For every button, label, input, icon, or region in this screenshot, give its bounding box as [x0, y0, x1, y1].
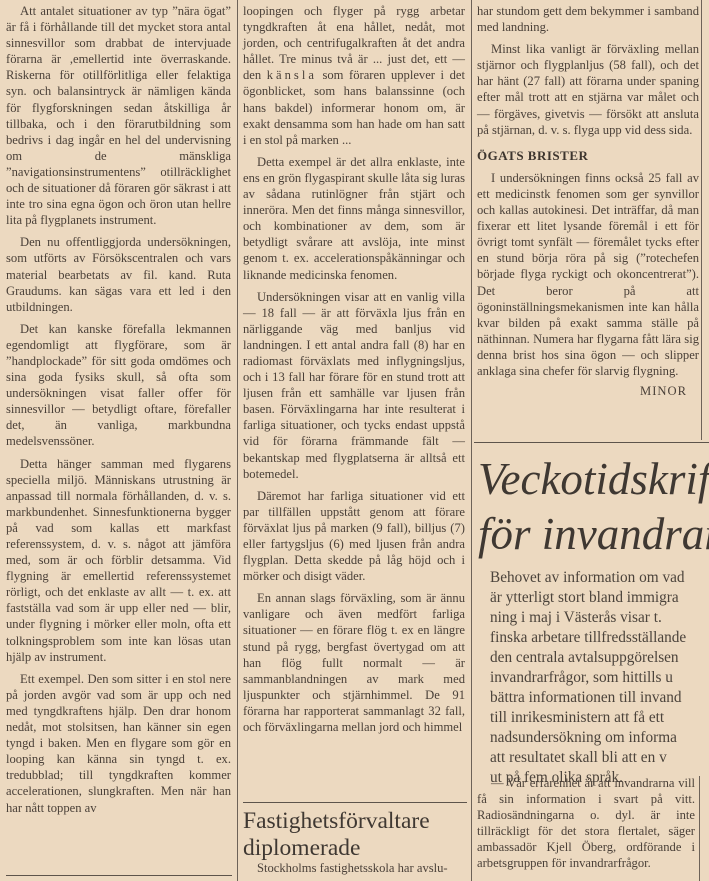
article-column-2: loopingen och flyger på rygg arbetar tyn… [243, 3, 465, 741]
byline-signature: MINOR [477, 383, 699, 399]
paragraph: En annan slags förväxling, som är ännu v… [243, 590, 465, 735]
paragraph: I undersökningen finns också 25 fall av … [477, 170, 699, 379]
column-divider-2 [471, 0, 472, 881]
newspaper-page: Att antalet situationer av typ ”nära öga… [0, 0, 709, 881]
paragraph: Att antalet situationer av typ ”nära öga… [6, 3, 231, 228]
column-2-article-separator [243, 802, 467, 803]
column-divider-4 [699, 776, 700, 881]
fastighet-headline: Fastighetsförvaltare diplomerade [243, 808, 473, 862]
veckotidskrift-headline: Veckotidskrift för invandrar [478, 452, 709, 562]
emphasis-spaced: känsla [267, 68, 317, 82]
paragraph: — Vår erfarenhet är att invandrarna vill… [477, 776, 695, 871]
paragraph: Det kan kanske förefalla lekmannen egend… [6, 321, 231, 450]
fastighet-body: Stockholms fastighetsskola har avslu- [243, 860, 465, 876]
paragraph: Stockholms fastighetsskola har avslu- [243, 860, 465, 876]
paragraph: Den nu offentliggjorda undersökningen, s… [6, 234, 231, 314]
paragraph: Ett exempel. Den som sitter i en stol ne… [6, 671, 231, 816]
paragraph: Minst lika vanligt är förväxling mellan … [477, 41, 699, 138]
veckotidskrift-lede: Behovet av information om vad är ytterli… [490, 568, 709, 788]
column-1-bottom-rule [6, 875, 232, 876]
column-divider-3 [701, 0, 702, 440]
paragraph-continued: har stundom gett dem bekymmer i samband … [477, 3, 699, 35]
paragraph: Undersökningen visar att en vanlig villa… [243, 289, 465, 482]
paragraph-continued: loopingen och flyger på rygg arbetar tyn… [243, 3, 465, 148]
article-separator-rule [474, 442, 709, 443]
article-column-1: Att antalet situationer av typ ”nära öga… [6, 3, 231, 822]
subheading: ÖGATS BRISTER [477, 148, 699, 164]
article-column-3: har stundom gett dem bekymmer i samband … [477, 3, 699, 399]
paragraph: Detta exempel är det allra enklaste, int… [243, 154, 465, 283]
veckotidskrift-body: — Vår erfarenhet är att invandrarna vill… [477, 776, 695, 871]
column-divider-1 [237, 0, 238, 881]
paragraph: Detta hänger samman med flygarens specie… [6, 456, 231, 665]
paragraph: Däremot har farliga situationer vid ett … [243, 488, 465, 585]
